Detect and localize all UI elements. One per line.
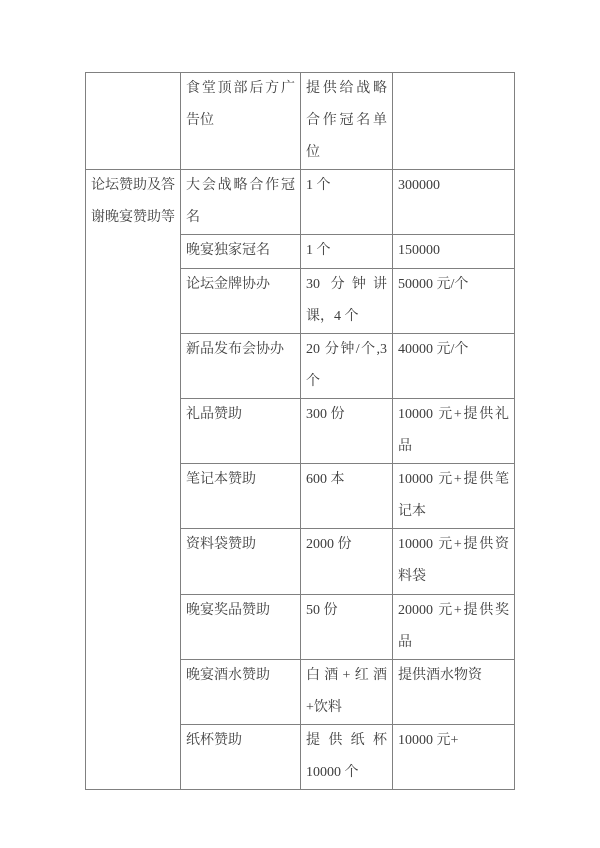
- price-cell: 10000 元+: [393, 725, 515, 790]
- quantity-cell: 1 个: [301, 235, 393, 269]
- quantity-cell: 2000 份: [301, 529, 393, 595]
- sponsorship-table: 食堂顶部后方广告位 提供给战略合作冠名单位 论坛赞助及答谢晚宴赞助等 大会战略合…: [85, 72, 515, 790]
- item-cell: 礼品赞助: [181, 399, 301, 464]
- category-span-cell: 论坛赞助及答谢晚宴赞助等: [86, 170, 181, 790]
- item-cell: 资料袋赞助: [181, 529, 301, 595]
- price-cell: 提供酒水物资: [393, 660, 515, 725]
- price-cell: 20000 元+提供奖品: [393, 595, 515, 660]
- quantity-cell: 提供纸杯 10000 个: [301, 725, 393, 790]
- quantity-cell: 300 份: [301, 399, 393, 464]
- price-cell: 50000 元/个: [393, 269, 515, 334]
- quantity-cell: 白酒+红酒+饮料: [301, 660, 393, 725]
- item-cell: 纸杯赞助: [181, 725, 301, 790]
- item-cell: 论坛金牌协办: [181, 269, 301, 334]
- table-row: 论坛赞助及答谢晚宴赞助等 大会战略合作冠名 1 个 300000: [86, 170, 515, 235]
- quantity-cell: 50 份: [301, 595, 393, 660]
- table-row: 食堂顶部后方广告位 提供给战略合作冠名单位: [86, 73, 515, 170]
- item-cell: 新品发布会协办: [181, 334, 301, 399]
- price-cell: 300000: [393, 170, 515, 235]
- item-cell: 晚宴奖品赞助: [181, 595, 301, 660]
- quantity-cell: 30 分钟讲课，4 个: [301, 269, 393, 334]
- quantity-cell: 提供给战略合作冠名单位: [301, 73, 393, 170]
- quantity-cell: 20 分钟/个,3 个: [301, 334, 393, 399]
- item-cell: 笔记本赞助: [181, 464, 301, 529]
- price-cell: 10000 元+提供礼品: [393, 399, 515, 464]
- price-cell: [393, 73, 515, 170]
- item-cell: 晚宴独家冠名: [181, 235, 301, 269]
- document-page: 食堂顶部后方广告位 提供给战略合作冠名单位 论坛赞助及答谢晚宴赞助等 大会战略合…: [0, 0, 600, 848]
- price-cell: 10000 元+提供资料袋: [393, 529, 515, 595]
- price-cell: 10000 元+提供笔记本: [393, 464, 515, 529]
- quantity-cell: 600 本: [301, 464, 393, 529]
- item-cell: 晚宴酒水赞助: [181, 660, 301, 725]
- item-cell: 大会战略合作冠名: [181, 170, 301, 235]
- quantity-cell: 1 个: [301, 170, 393, 235]
- price-cell: 40000 元/个: [393, 334, 515, 399]
- price-cell: 150000: [393, 235, 515, 269]
- category-cell-empty: [86, 73, 181, 170]
- item-cell: 食堂顶部后方广告位: [181, 73, 301, 170]
